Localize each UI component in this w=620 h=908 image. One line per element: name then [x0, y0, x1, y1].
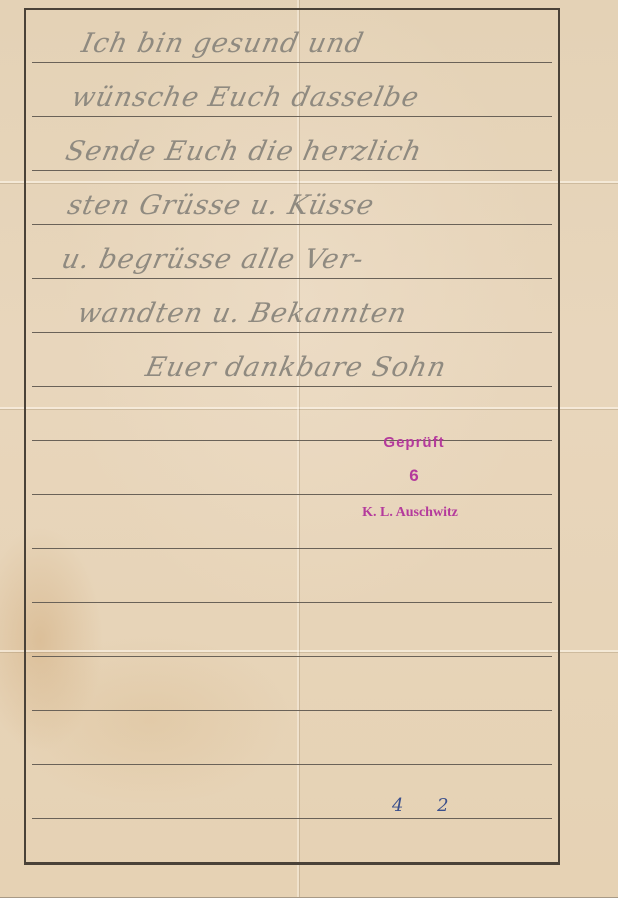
ruled-line [32, 656, 552, 657]
ruled-line [32, 386, 552, 387]
handwriting-line: wandten u. Bekannten [75, 298, 410, 329]
handwriting-line: Sende Euch die herzlich [63, 136, 425, 167]
ruled-line [32, 602, 552, 603]
handwriting-line: sten Grüsse u. Küsse [65, 190, 378, 221]
ruled-line [32, 278, 552, 279]
pen-annotation: 4 2 [392, 795, 463, 816]
ruled-line [32, 710, 552, 711]
stamp-text-checked: Geprüft [364, 434, 464, 451]
ruled-line [32, 818, 552, 819]
handwriting-line: Ich bin gesund und [79, 28, 367, 59]
handwriting-line: Euer dankbare Sohn [143, 352, 450, 383]
letter-paper: Ich bin gesund und wünsche Euch dasselbe… [0, 0, 618, 898]
handwriting-line: u. begrüsse alle Ver- [59, 244, 367, 275]
handwriting-line: wünsche Euch dasselbe [69, 82, 423, 113]
stamp-number: 6 [364, 466, 464, 486]
ruled-line [32, 440, 552, 441]
ruled-line [32, 62, 552, 63]
ruled-line [32, 764, 552, 765]
ruled-line [32, 170, 552, 171]
ruled-line [32, 548, 552, 549]
ruled-line [32, 116, 552, 117]
stamp-camp-name: K. L. Auschwitz [340, 505, 480, 521]
ruled-line [32, 332, 552, 333]
ruled-line [32, 224, 552, 225]
ruled-line [32, 494, 552, 495]
